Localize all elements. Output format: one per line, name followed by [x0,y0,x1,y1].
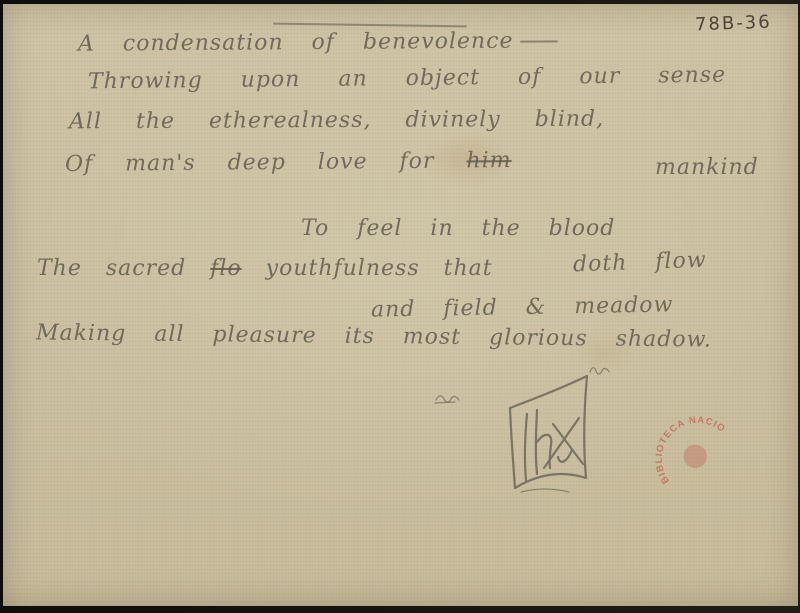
poem-line-7: and field & meadow [371,292,674,322]
poem-line-1: A condensation of benevolence [78,28,558,56]
scan-background: 78B-36 A condensation of benevolence Thr… [0,0,800,613]
monogram-stroke-l [525,414,527,480]
poem-line-4: Of man's deep love for him [65,148,512,177]
library-stamp: BIBLIOTECA NACIONAL [630,391,757,518]
poem-line-5: To feel in the blood [301,216,615,241]
monogram-stroke-h [536,410,551,474]
monogram-underline [521,489,569,492]
flourish-stroke [519,40,557,42]
poem-line-8: Making all pleasure its most glorious sh… [36,320,712,352]
monogram-stroke-t [544,418,583,468]
line6-text-pre: The sacred [37,256,186,281]
stamp-center-dot [679,440,712,473]
pencil-rule-line [273,23,467,28]
poem-line-4-insert: mankind [655,155,759,180]
poem-line-6: The sacred flo youthfulness that [37,256,493,281]
poem-line-2: Throwing upon an object of our sense [88,63,726,95]
line1-overlined-word: benevolence [363,29,514,55]
manuscript-paper: 78B-36 A condensation of benevolence Thr… [3,4,798,606]
pencil-scribble-left [433,390,465,408]
line4-struck-word: him [466,148,511,173]
svg-text:BIBLIOTECA NACIONAL: BIBLIOTECA NACIONAL [630,391,728,492]
catalog-number: 78B-36 [695,12,772,36]
line6-text-post: youthfulness that [266,256,493,281]
line6-struck-word: flo [210,256,241,281]
line4-text: Of man's deep love for [65,149,435,177]
line1-text: A condensation of [78,30,335,57]
pencil-scribble-top [590,368,609,374]
stamp-text: BIBLIOTECA NACIONAL [630,391,728,492]
monogram-sketch [496,360,626,505]
poem-line-6-insert: doth flow [573,248,707,278]
poem-line-3: All the etherealness, divinely blind, [69,107,604,135]
monogram-box [510,376,587,488]
